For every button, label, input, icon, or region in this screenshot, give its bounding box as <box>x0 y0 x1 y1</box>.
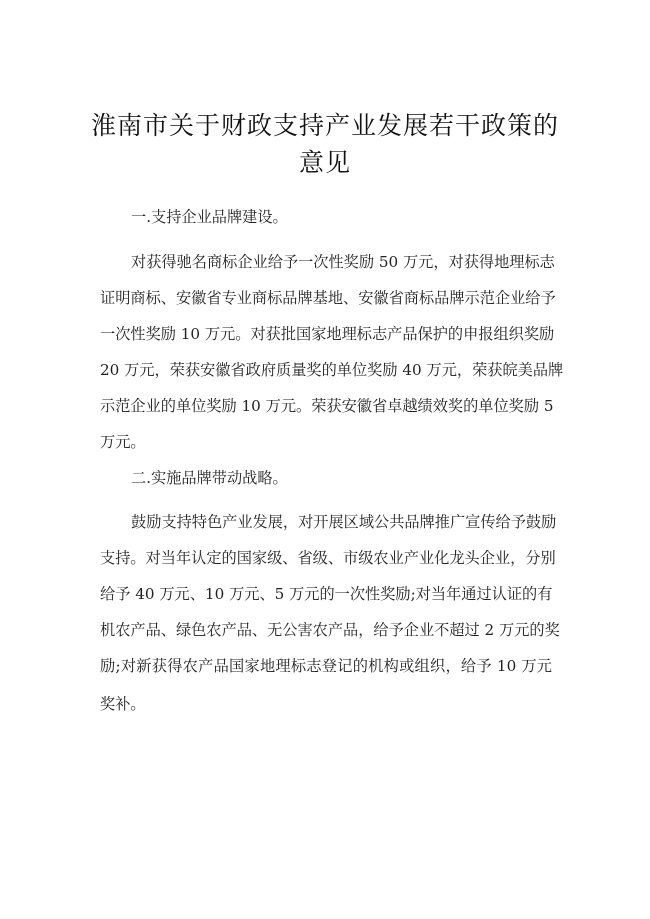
paragraph-line: 支持。对当年认定的国家级、省级、市级农业产业化龙头企业，分别 <box>100 548 552 568</box>
section-heading: 二.实施品牌带动战略。 <box>131 468 552 488</box>
document-title: 淮南市关于财政支持产业发展若干政策的 <box>0 106 650 142</box>
paragraph-line: 证明商标、安徽省专业商标品牌基地、安徽省商标品牌示范企业给予 <box>100 288 552 308</box>
paragraph-line: 励;对新获得农产品国家地理标志登记的机构或组织，给予 10 万元 <box>100 656 552 676</box>
section-heading: 一.支持企业品牌建设。 <box>131 207 552 227</box>
document-title-continued: 意见 <box>0 143 650 179</box>
paragraph-line: 对获得驰名商标企业给予一次性奖励 50 万元，对获得地理标志 <box>131 252 552 272</box>
paragraph-line: 一次性奖励 10 万元。对获批国家地理标志产品保护的申报组织奖励 <box>100 324 552 344</box>
paragraph-line: 奖补。 <box>100 694 552 714</box>
paragraph-line: 示范企业的单位奖励 10 万元。荣获安徽省卓越绩效奖的单位奖励 5 <box>100 396 552 416</box>
paragraph-line: 20 万元，荣获安徽省政府质量奖的单位奖励 40 万元，荣获皖美品牌 <box>100 360 552 380</box>
paragraph-line: 给予 40 万元、10 万元、5 万元的一次性奖励;对当年通过认证的有 <box>100 584 552 604</box>
paragraph-line: 机农产品、绿色农产品、无公害农产品，给予企业不超过 2 万元的奖 <box>100 620 552 640</box>
paragraph-line: 万元。 <box>100 432 552 452</box>
paragraph-line: 鼓励支持特色产业发展，对开展区域公共品牌推广宣传给予鼓励 <box>131 512 552 532</box>
document-page: 淮南市关于财政支持产业发展若干政策的 意见 一.支持企业品牌建设。 对获得驰名商… <box>0 0 650 919</box>
